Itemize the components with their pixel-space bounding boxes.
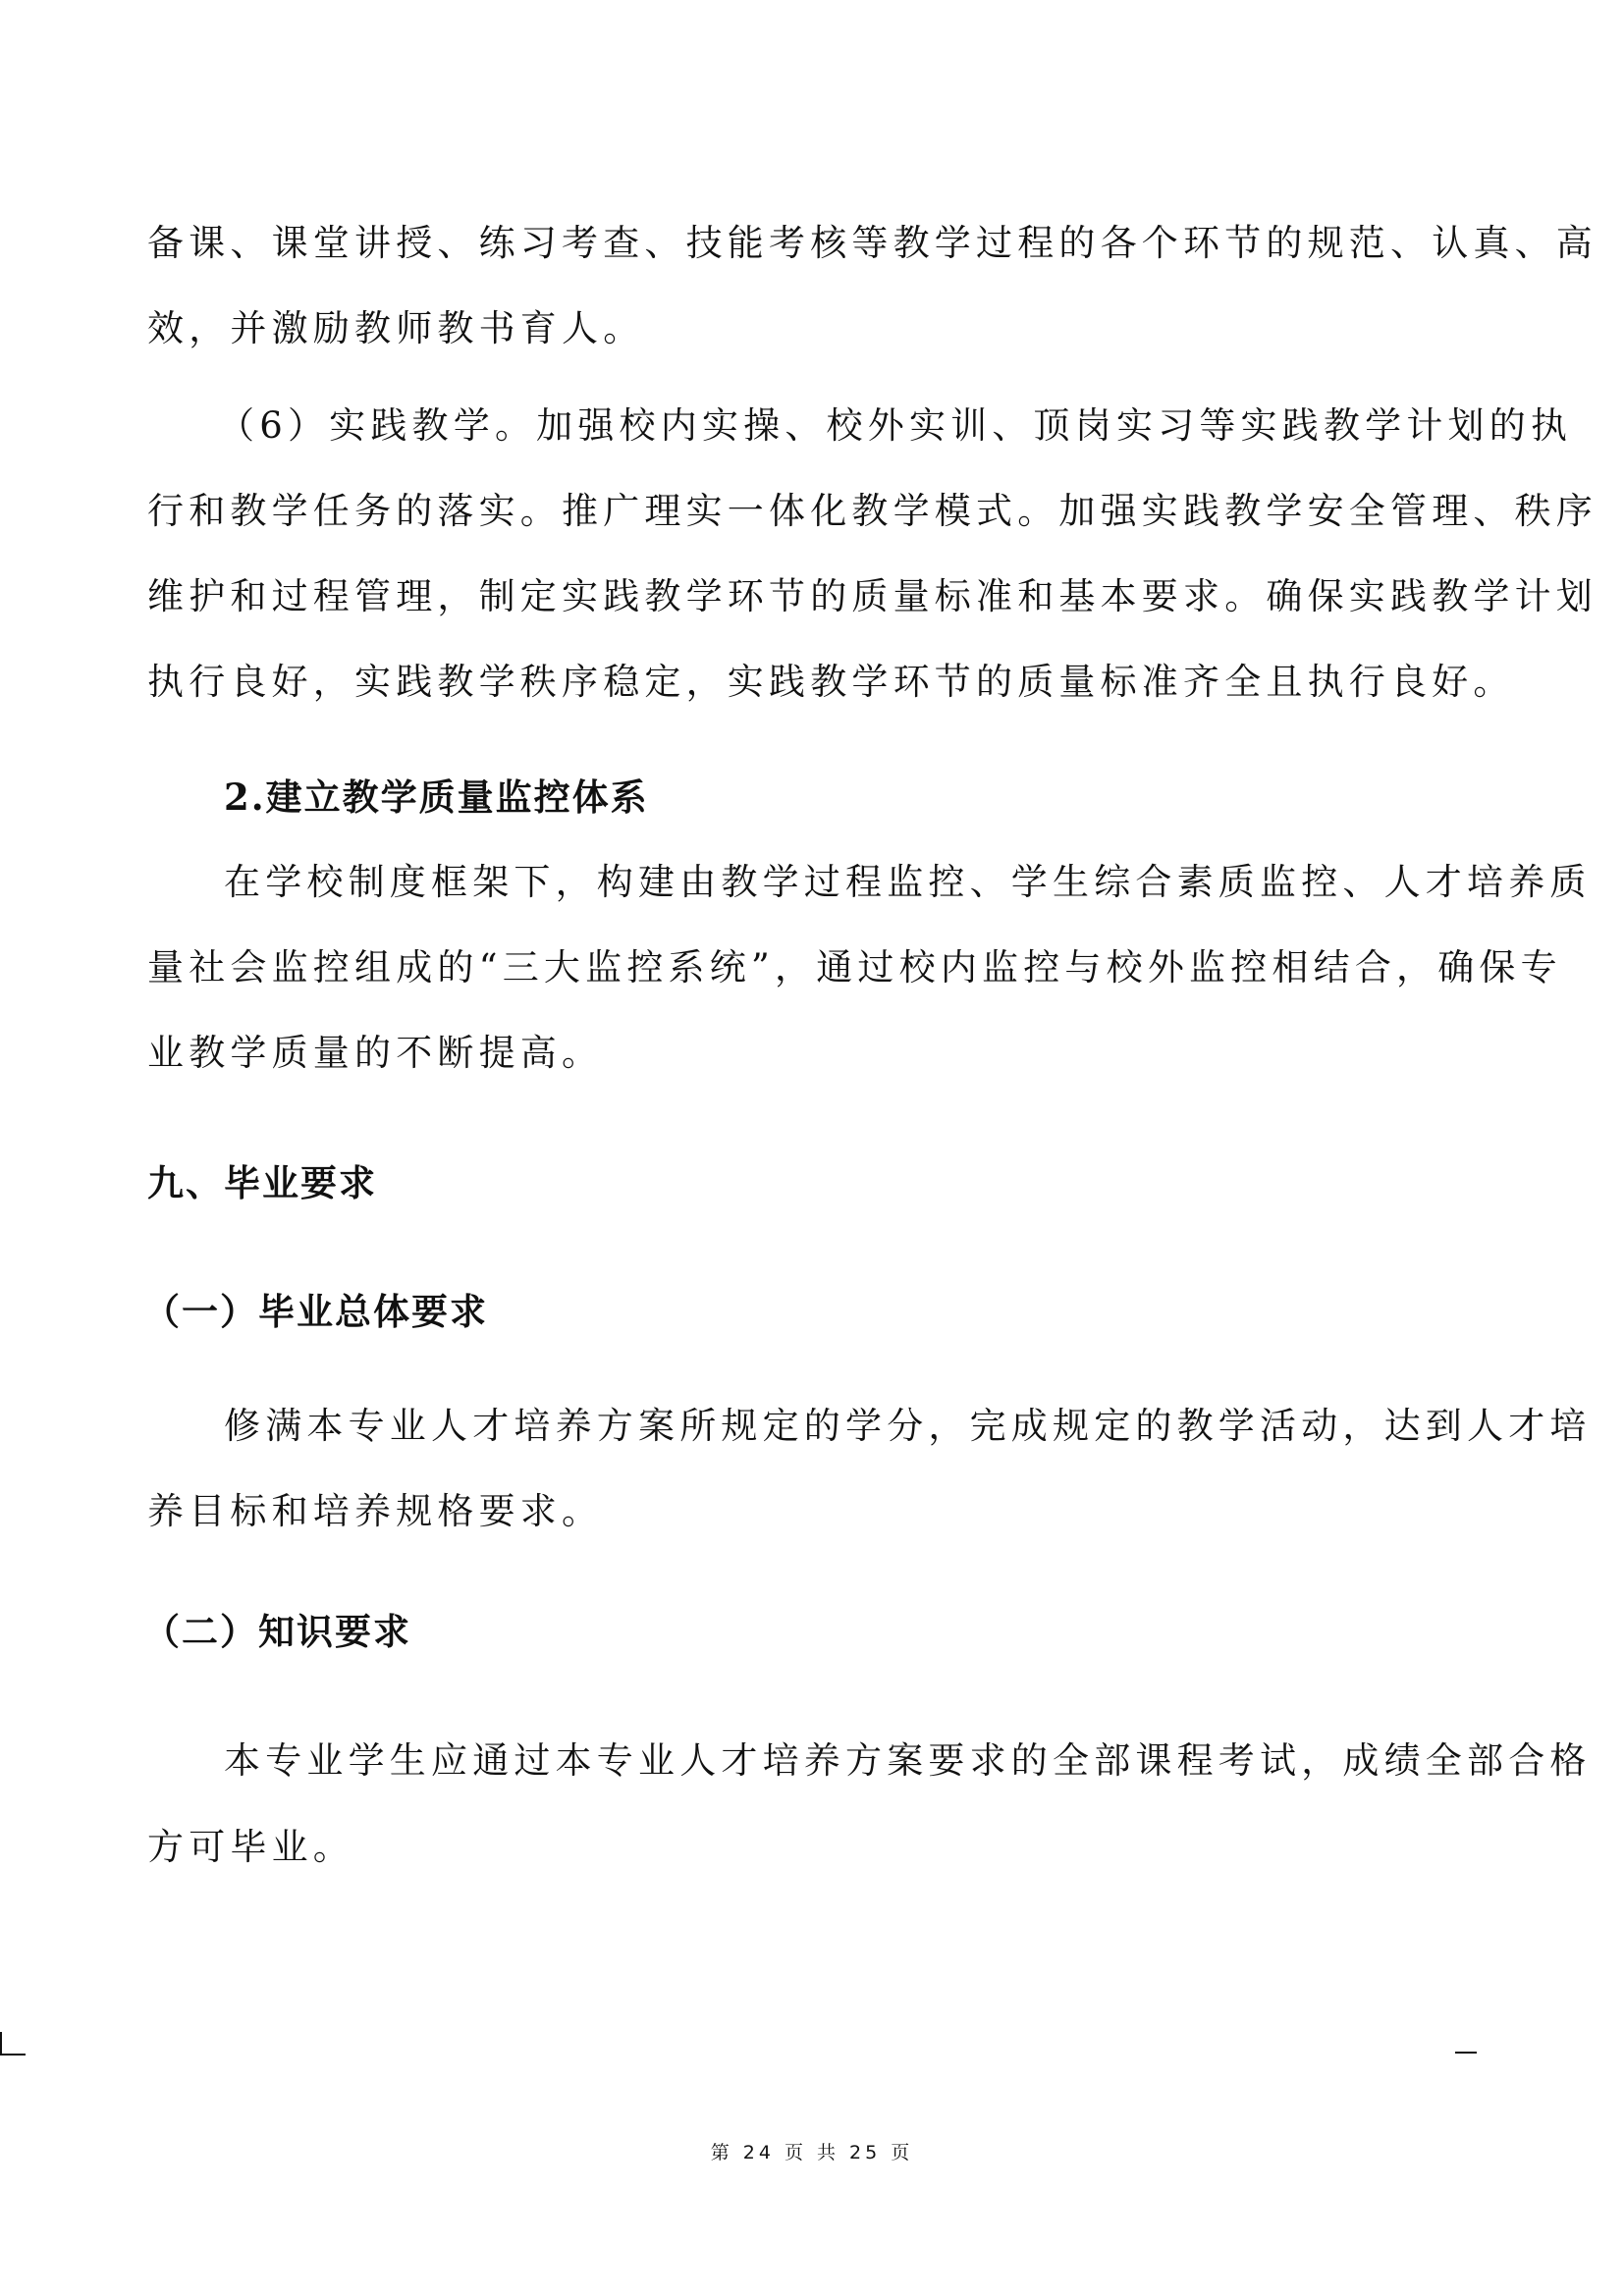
paragraph-line: 方可毕业。 (147, 1826, 354, 1869)
page-number-footer: 第 24 页 共 25 页 (0, 2138, 1624, 2164)
paragraph-line: 备课、课堂讲授、练习考查、技能考核等教学过程的各个环节的规范、认真、高 (147, 222, 1597, 265)
paragraph-line: 业教学质量的不断提高。 (147, 1032, 603, 1075)
subheading-quality-monitoring: 2.建立教学质量监控体系 (224, 775, 649, 819)
paragraph-line: 量社会监控组成的“三大监控系统”，通过校内监控与校外监控相结合，确保专 (147, 946, 1562, 989)
paragraph-line: 本专业学生应通过本专业人才培养方案要求的全部课程考试，成绩全部合格 (224, 1739, 1592, 1783)
paragraph-line: 效，并激励教师教书育人。 (147, 307, 644, 350)
paragraph-line: 行和教学任务的落实。推广理实一体化教学模式。加强实践教学安全管理、秩序 (147, 490, 1597, 533)
paragraph-line: 执行良好，实践教学秩序稳定，实践教学环节的质量标准齐全且执行良好。 (147, 661, 1515, 704)
subheading-general-requirements: （一）毕业总体要求 (143, 1290, 488, 1333)
section-heading-graduation: 九、毕业要求 (147, 1161, 377, 1204)
paragraph-line: 在学校制度框架下，构建由教学过程监控、学生综合素质监控、人才培养质 (224, 861, 1592, 904)
paragraph-line: 修满本专业人才培养方案所规定的学分，完成规定的教学活动，达到人才培 (224, 1405, 1592, 1448)
crop-mark-left (0, 2032, 26, 2056)
crop-mark-right (1455, 2052, 1477, 2054)
paragraph-line: 维护和过程管理，制定实践教学环节的质量标准和基本要求。确保实践教学计划 (147, 575, 1597, 618)
subheading-knowledge-requirements: （二）知识要求 (143, 1610, 411, 1653)
paragraph-line: 养目标和培养规格要求。 (147, 1490, 603, 1533)
paragraph-line: （6）实践教学。加强校内实操、校外实训、顶岗实习等实践教学计划的执 (218, 404, 1572, 448)
